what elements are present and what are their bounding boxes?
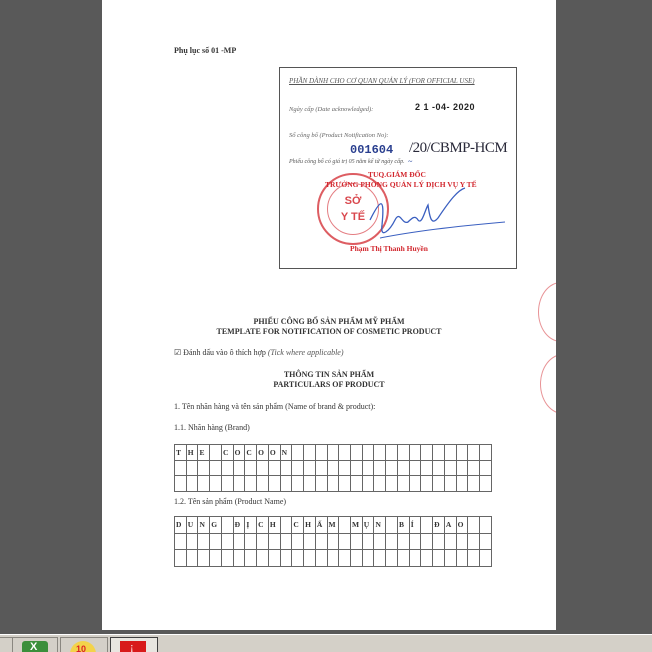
grid-cell: Ụ	[362, 517, 374, 534]
grid-cell: A	[444, 517, 456, 534]
grid-cell	[409, 533, 421, 550]
section-title-vi: THÔNG TIN SẢN PHẨM	[102, 370, 556, 379]
grid-cell	[397, 533, 409, 550]
grid-cell	[480, 533, 492, 550]
grid-cell	[374, 533, 386, 550]
grid-cell	[362, 476, 374, 492]
grid-cell: H	[186, 445, 198, 461]
tick-instruction-en: (Tick where applicable)	[268, 348, 344, 357]
grid-cell	[456, 445, 468, 461]
document-page: Phụ lục số 01 -MP PHẦN DÀNH CHO CƠ QUAN …	[102, 0, 556, 630]
grid-cell	[315, 445, 327, 461]
signer-name: Phạm Thị Thanh Huyền	[350, 244, 428, 253]
grid-cell	[268, 550, 280, 567]
grid-cell	[175, 550, 187, 567]
grid-cell	[268, 476, 280, 492]
grid-row: DUNGĐỊCHCHẤMMỤNBÍĐAO	[175, 517, 492, 534]
grid-cell	[386, 533, 398, 550]
grid-cell	[315, 476, 327, 492]
grid-cell	[362, 533, 374, 550]
grid-cell	[351, 460, 363, 476]
grid-cell	[221, 460, 233, 476]
grid-cell	[304, 445, 316, 461]
grid-cell: O	[456, 517, 468, 534]
grid-cell	[245, 550, 257, 567]
grid-cell	[186, 476, 198, 492]
grid-cell: Đ	[433, 517, 445, 534]
grid-cell	[327, 533, 339, 550]
taskbar	[0, 634, 652, 652]
grid-cell	[233, 460, 245, 476]
grid-cell	[233, 476, 245, 492]
grid-cell	[409, 476, 421, 492]
grid-cell: O	[268, 445, 280, 461]
grid-cell	[221, 550, 233, 567]
grid-cell	[292, 550, 304, 567]
grid-cell	[315, 533, 327, 550]
grid-cell	[444, 445, 456, 461]
grid-cell	[433, 550, 445, 567]
grid-cell	[304, 533, 316, 550]
grid-cell	[210, 476, 222, 492]
grid-row	[175, 550, 492, 567]
grid-cell	[433, 445, 445, 461]
grid-cell	[351, 445, 363, 461]
grid-cell: Í	[409, 517, 421, 534]
grid-cell	[280, 517, 292, 534]
grid-row	[175, 533, 492, 550]
grid-cell	[292, 533, 304, 550]
grid-row: THECOCOON	[175, 445, 492, 461]
grid-cell	[339, 550, 351, 567]
brand-label: 1.1. Nhãn hàng (Brand)	[174, 423, 250, 432]
grid-cell	[374, 445, 386, 461]
grid-cell: M	[351, 517, 363, 534]
notification-number: 001604	[350, 143, 393, 157]
grid-cell	[468, 445, 480, 461]
grid-cell	[444, 476, 456, 492]
pdf-icon	[120, 641, 146, 652]
grid-cell	[444, 460, 456, 476]
grid-cell: Ị	[245, 517, 257, 534]
grid-cell: H	[268, 517, 280, 534]
grid-cell	[351, 476, 363, 492]
date-acknowledged-value: 2 1 -04- 2020	[415, 102, 475, 112]
grid-cell	[339, 517, 351, 534]
grid-cell	[409, 445, 421, 461]
grid-cell	[351, 550, 363, 567]
grid-cell	[362, 460, 374, 476]
grid-cell	[397, 550, 409, 567]
grid-cell	[245, 460, 257, 476]
grid-cell	[186, 550, 198, 567]
date-acknowledged-label: Ngày cấp (Date acknowledged):	[289, 106, 373, 113]
grid-cell: C	[245, 445, 257, 461]
grid-cell	[433, 533, 445, 550]
grid-cell: B	[397, 517, 409, 534]
grid-cell	[292, 460, 304, 476]
grid-cell	[339, 460, 351, 476]
grid-cell	[409, 460, 421, 476]
tick-instruction-vi: ☑ Đánh dấu vào ô thích hợp	[174, 348, 266, 357]
grid-cell	[245, 533, 257, 550]
validity-text: Phiếu công bố có giá trị 05 năm kể từ ng…	[289, 159, 405, 165]
official-box-title: PHẦN DÀNH CHO CƠ QUAN QUẢN LÝ (FOR OFFIC…	[289, 77, 475, 85]
grid-cell	[327, 476, 339, 492]
grid-cell: N	[374, 517, 386, 534]
grid-cell	[327, 460, 339, 476]
grid-cell	[421, 550, 433, 567]
signature-icon	[340, 180, 510, 250]
notification-no-label: Số công bố (Product Notification No):	[289, 132, 389, 139]
grid-cell	[280, 550, 292, 567]
document-title-en: TEMPLATE FOR NOTIFICATION OF COSMETIC PR…	[102, 327, 556, 336]
grid-cell: D	[175, 517, 187, 534]
grid-cell	[327, 550, 339, 567]
grid-cell	[468, 476, 480, 492]
grid-cell	[456, 460, 468, 476]
grid-cell: T	[175, 445, 187, 461]
grid-cell	[362, 550, 374, 567]
grid-cell	[468, 550, 480, 567]
grid-cell: G	[210, 517, 222, 534]
grid-cell	[186, 460, 198, 476]
grid-cell	[280, 533, 292, 550]
product-name-label: 1.2. Tên sản phẩm (Product Name)	[174, 497, 286, 506]
document-title-vi: PHIẾU CÔNG BỐ SẢN PHẨM MỸ PHẨM	[102, 317, 556, 326]
grid-cell	[444, 550, 456, 567]
taskbar-button-app[interactable]	[60, 637, 108, 652]
grid-cell: O	[257, 445, 269, 461]
grid-cell	[210, 460, 222, 476]
grid-cell: C	[221, 445, 233, 461]
grid-cell	[433, 460, 445, 476]
grid-cell	[304, 476, 316, 492]
grid-cell	[374, 476, 386, 492]
grid-cell	[198, 550, 210, 567]
grid-cell	[397, 460, 409, 476]
document-viewport[interactable]: Phụ lục số 01 -MP PHẦN DÀNH CHO CƠ QUAN …	[0, 0, 652, 632]
grid-cell	[433, 476, 445, 492]
grid-cell	[210, 550, 222, 567]
grid-cell	[268, 460, 280, 476]
grid-cell	[480, 550, 492, 567]
grid-cell	[221, 517, 233, 534]
grid-cell	[339, 476, 351, 492]
grid-cell	[198, 460, 210, 476]
grid-cell	[421, 517, 433, 534]
grid-cell	[304, 460, 316, 476]
grid-cell	[397, 476, 409, 492]
taskbar-button-pdf-viewer[interactable]	[110, 637, 158, 652]
grid-row	[175, 460, 492, 476]
grid-cell: Đ	[233, 517, 245, 534]
grid-cell	[480, 476, 492, 492]
grid-cell	[233, 550, 245, 567]
grid-cell	[480, 517, 492, 534]
grid-cell	[292, 476, 304, 492]
grid-cell: M	[327, 517, 339, 534]
grid-cell: C	[292, 517, 304, 534]
grid-cell	[221, 533, 233, 550]
grid-cell	[456, 476, 468, 492]
grid-cell	[198, 533, 210, 550]
grid-cell	[421, 445, 433, 461]
grid-row	[175, 476, 492, 492]
grid-cell	[421, 460, 433, 476]
grid-cell	[409, 550, 421, 567]
initial-mark-icon: ~	[408, 157, 412, 166]
notification-suffix: /20/CBMP-HCM	[409, 140, 507, 157]
grid-cell	[374, 460, 386, 476]
grid-cell: Ấ	[315, 517, 327, 534]
grid-cell	[444, 533, 456, 550]
signer-title: TUQ.GIÁM ĐỐC	[368, 170, 426, 179]
grid-cell	[456, 550, 468, 567]
grid-cell	[315, 460, 327, 476]
grid-cell	[374, 550, 386, 567]
grid-cell	[386, 476, 398, 492]
excel-icon	[22, 641, 48, 652]
grid-cell	[339, 533, 351, 550]
grid-cell	[480, 460, 492, 476]
grid-cell	[257, 460, 269, 476]
grid-cell	[175, 533, 187, 550]
grid-cell	[386, 445, 398, 461]
product-name-grid: DUNGĐỊCHCHẤMMỤNBÍĐAO	[174, 516, 492, 567]
appendix-label: Phụ lục số 01 -MP	[174, 46, 236, 55]
grid-cell	[421, 476, 433, 492]
grid-cell	[257, 476, 269, 492]
grid-cell	[315, 550, 327, 567]
grid-cell	[480, 445, 492, 461]
grid-cell	[210, 445, 222, 461]
grid-cell: C	[257, 517, 269, 534]
grid-cell: E	[198, 445, 210, 461]
grid-cell	[221, 476, 233, 492]
grid-cell	[280, 460, 292, 476]
section-title-en: PARTICULARS OF PRODUCT	[102, 380, 556, 389]
grid-cell	[362, 445, 374, 461]
grid-cell	[186, 533, 198, 550]
grid-cell: O	[233, 445, 245, 461]
grid-cell	[468, 533, 480, 550]
grid-cell	[292, 445, 304, 461]
grid-cell	[468, 517, 480, 534]
grid-cell	[210, 533, 222, 550]
grid-cell	[233, 533, 245, 550]
grid-cell	[245, 476, 257, 492]
grid-cell	[257, 550, 269, 567]
grid-cell	[280, 476, 292, 492]
grid-cell	[421, 533, 433, 550]
grid-cell: U	[186, 517, 198, 534]
grid-cell	[257, 533, 269, 550]
grid-cell	[386, 517, 398, 534]
grid-cell	[351, 533, 363, 550]
taskbar-button-excel[interactable]	[12, 637, 58, 652]
grid-cell	[386, 550, 398, 567]
grid-cell	[175, 476, 187, 492]
brand-grid: THECOCOON	[174, 444, 492, 492]
grid-cell: H	[304, 517, 316, 534]
grid-cell	[268, 533, 280, 550]
grid-cell	[397, 445, 409, 461]
grid-cell	[304, 550, 316, 567]
grid-cell	[327, 445, 339, 461]
question-1-label: 1. Tên nhãn hàng và tên sản phẩm (Name o…	[174, 402, 375, 411]
official-use-box: PHẦN DÀNH CHO CƠ QUAN QUẢN LÝ (FOR OFFIC…	[279, 67, 517, 269]
grid-cell	[339, 445, 351, 461]
grid-cell	[456, 533, 468, 550]
grid-cell	[386, 460, 398, 476]
grid-cell	[468, 460, 480, 476]
grid-cell: N	[198, 517, 210, 534]
round-app-icon	[70, 641, 96, 652]
grid-cell	[198, 476, 210, 492]
tick-instruction: ☑ Đánh dấu vào ô thích hợp (Tick where a…	[174, 348, 344, 357]
grid-cell	[175, 460, 187, 476]
grid-cell: N	[280, 445, 292, 461]
